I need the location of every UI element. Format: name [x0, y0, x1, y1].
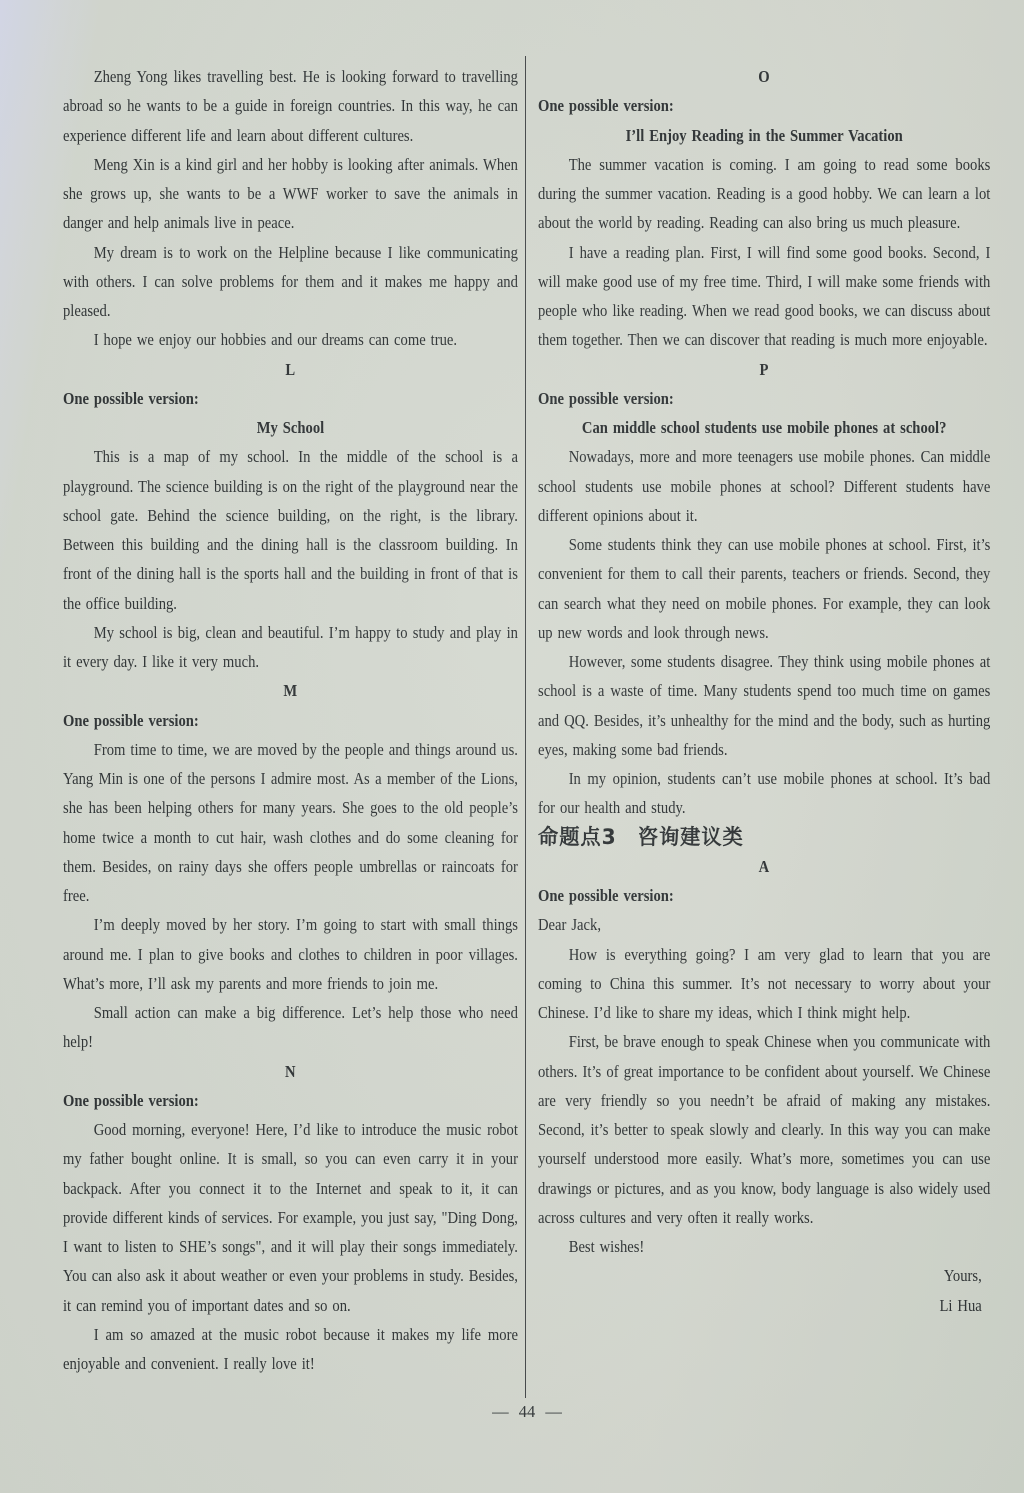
paragraph-school-closing: My school is big, clean and beautiful. I… — [63, 618, 518, 677]
page-number: — 44 — — [492, 1402, 562, 1422]
essay-title-mobile-phones: Can middle school students use mobile ph… — [538, 413, 990, 442]
paragraph-reading-plan: I have a reading plan. First, I will fin… — [538, 238, 990, 355]
letter-salutation: Dear Jack, — [538, 910, 990, 939]
paragraph-music-robot: Good morning, everyone! Here, I’d like t… — [63, 1115, 518, 1320]
paragraph-letter-opening: How is everything going? I am very glad … — [538, 940, 990, 1028]
section-letter-n: N — [63, 1057, 518, 1086]
paragraph-phones-intro: Nowadays, more and more teenagers use mo… — [538, 442, 990, 530]
paragraph-letter-advice: First, be brave enough to speak Chinese … — [538, 1027, 990, 1232]
paragraph-hobby-mydream: My dream is to work on the Helpline beca… — [63, 238, 518, 326]
paragraph-summer-vacation: The summer vacation is coming. I am goin… — [538, 150, 990, 238]
column-divider — [525, 56, 526, 1398]
left-column: Zheng Yong likes travelling best. He is … — [63, 62, 518, 1378]
section-letter-p: P — [538, 355, 990, 384]
cn-section-heading: 命题点3 咨询建议类 — [538, 823, 1024, 852]
section-letter-l: L — [63, 355, 518, 384]
paragraph-hobby-mengxin: Meng Xin is a kind girl and her hobby is… — [63, 150, 518, 238]
answer-label: One possible version: — [63, 384, 518, 413]
paragraph-phones-pro: Some students think they can use mobile … — [538, 530, 990, 647]
letter-signature-yours: Yours, — [538, 1261, 990, 1290]
paragraph-hobby-zhengyong: Zheng Yong likes travelling best. He is … — [63, 62, 518, 150]
essay-title-summer-reading: I’ll Enjoy Reading in the Summer Vacatio… — [538, 121, 990, 150]
paragraph-school-map: This is a map of my school. In the middl… — [63, 442, 518, 618]
paragraph-phones-con: However, some students disagree. They th… — [538, 647, 990, 764]
answer-label: One possible version: — [538, 881, 990, 910]
paragraph-yangmin: From time to time, we are moved by the p… — [63, 735, 518, 911]
paragraph-robot-closing: I am so amazed at the music robot becaus… — [63, 1320, 518, 1379]
answer-label: One possible version: — [538, 384, 990, 413]
answer-label: One possible version: — [63, 706, 518, 735]
paragraph-moved-by-story: I’m deeply moved by her story. I’m going… — [63, 910, 518, 998]
section-letter-a: A — [538, 852, 990, 881]
section-letter-m: M — [63, 676, 518, 705]
answer-label: One possible version: — [63, 1086, 518, 1115]
answer-label: One possible version: — [538, 91, 990, 120]
letter-best-wishes: Best wishes! — [538, 1232, 990, 1261]
essay-title-my-school: My School — [63, 413, 518, 442]
letter-signature-name: Li Hua — [538, 1291, 990, 1320]
paragraph-hobby-closing: I hope we enjoy our hobbies and our drea… — [63, 325, 518, 354]
right-column: OOne possible version:I’ll Enjoy Reading… — [538, 62, 990, 1320]
scanned-answer-page: Zheng Yong likes travelling best. He is … — [0, 0, 1024, 1493]
paragraph-phones-opinion: In my opinion, students can’t use mobile… — [538, 764, 990, 823]
section-letter-o: O — [538, 62, 990, 91]
paragraph-small-action: Small action can make a big difference. … — [63, 998, 518, 1057]
